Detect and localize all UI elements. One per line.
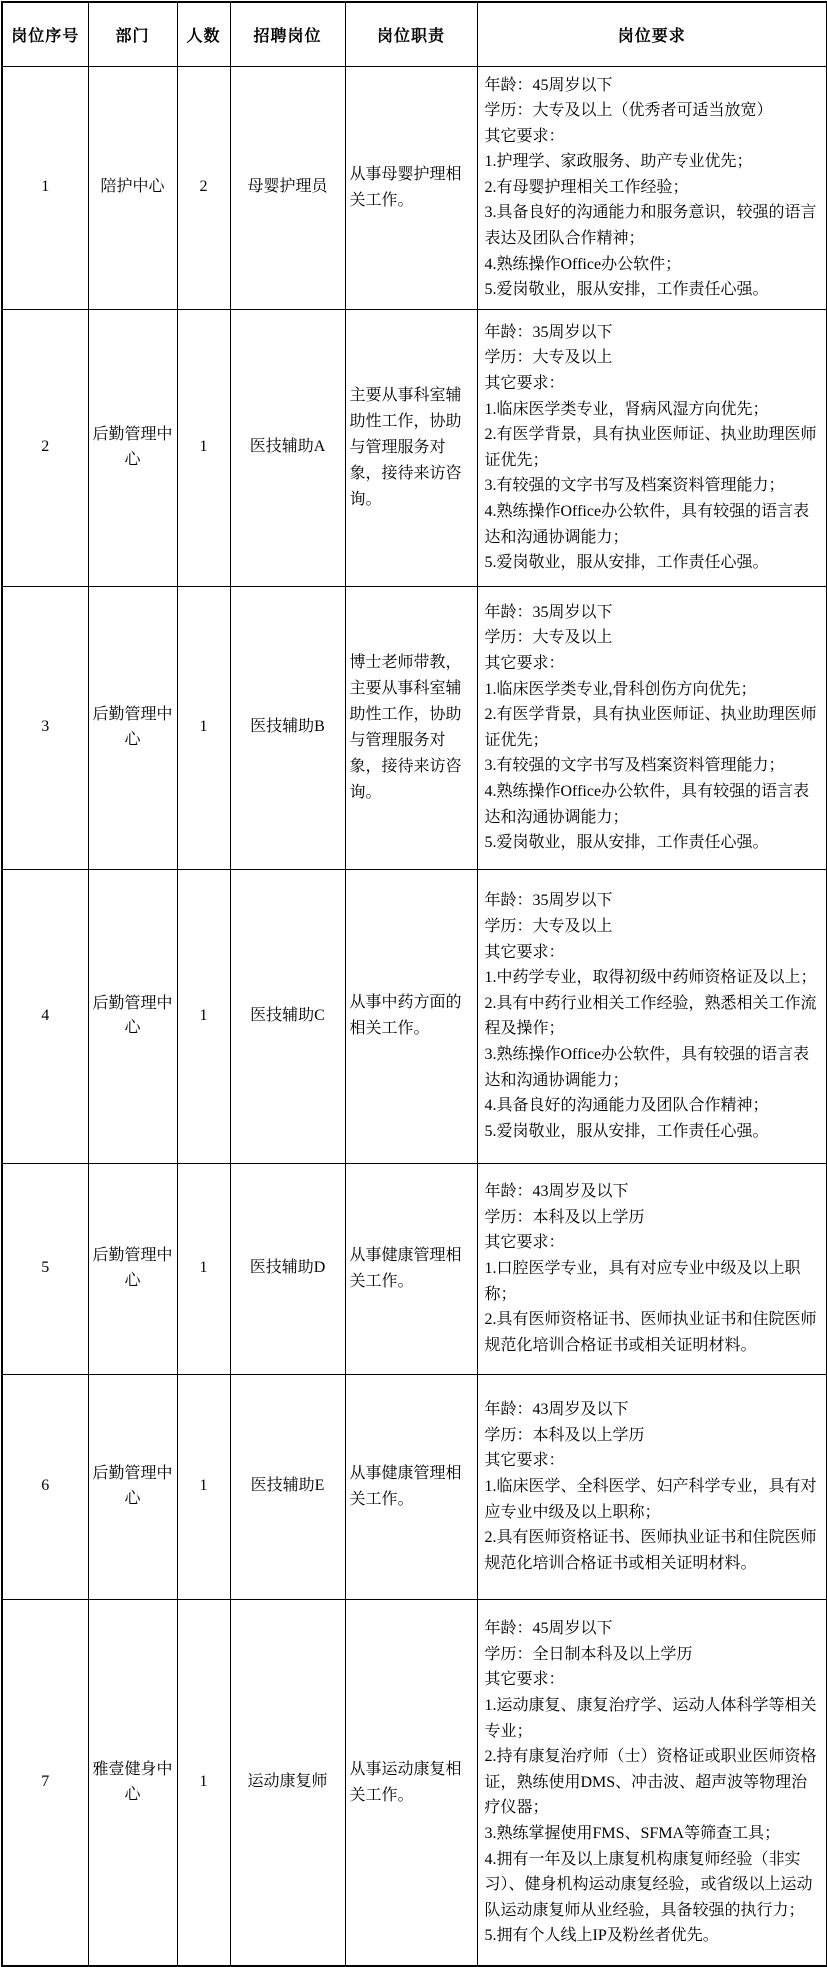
cell-count: 1 — [177, 1163, 230, 1374]
cell-position: 医技辅助C — [230, 869, 345, 1163]
header-row: 岗位序号 部门 人数 招聘岗位 岗位职责 岗位要求 — [2, 2, 827, 66]
cell-seq: 1 — [2, 66, 88, 309]
cell-dept: 陪护中心 — [88, 66, 177, 309]
cell-requirements: 年龄：35周岁以下 学历：大专及以上 其它要求： 1.临床医学类专业，肾病风湿方… — [477, 309, 827, 586]
cell-seq: 5 — [2, 1163, 88, 1374]
table-row: 6 后勤管理中心 1 医技辅助E 从事健康管理相关工作。 年龄：43周岁及以下 … — [2, 1374, 827, 1599]
cell-duty: 主要从事科室辅助性工作，协助与管理服务对象，接待来访咨询。 — [345, 309, 477, 586]
cell-seq: 6 — [2, 1374, 88, 1599]
cell-dept: 后勤管理中心 — [88, 1163, 177, 1374]
cell-count: 1 — [177, 1374, 230, 1599]
cell-position: 医技辅助E — [230, 1374, 345, 1599]
cell-requirements: 年龄：43周岁及以下 学历：本科及以上学历 其它要求： 1.临床医学、全科医学、… — [477, 1374, 827, 1599]
cell-position: 医技辅助B — [230, 586, 345, 869]
cell-count: 1 — [177, 309, 230, 586]
header-seq: 岗位序号 — [2, 2, 88, 66]
recruitment-table: 岗位序号 部门 人数 招聘岗位 岗位职责 岗位要求 1 陪护中心 2 母婴护理员… — [1, 1, 827, 1967]
cell-count: 1 — [177, 1599, 230, 1966]
cell-requirements: 年龄：45周岁以下 学历：大专及以上（优秀者可适当放宽） 其它要求： 1.护理学… — [477, 66, 827, 309]
cell-duty: 从事健康管理相关工作。 — [345, 1163, 477, 1374]
cell-duty: 从事中药方面的相关工作。 — [345, 869, 477, 1163]
cell-seq: 3 — [2, 586, 88, 869]
cell-count: 1 — [177, 869, 230, 1163]
cell-duty: 从事母婴护理相关工作。 — [345, 66, 477, 309]
cell-dept: 雅壹健身中心 — [88, 1599, 177, 1966]
cell-duty: 从事运动康复相关工作。 — [345, 1599, 477, 1966]
table-row: 2 后勤管理中心 1 医技辅助A 主要从事科室辅助性工作，协助与管理服务对象，接… — [2, 309, 827, 586]
cell-count: 2 — [177, 66, 230, 309]
table-row: 3 后勤管理中心 1 医技辅助B 博士老师带教，主要从事科室辅助性工作，协助与管… — [2, 586, 827, 869]
header-duty: 岗位职责 — [345, 2, 477, 66]
header-count: 人数 — [177, 2, 230, 66]
recruitment-page: 岗位序号 部门 人数 招聘岗位 岗位职责 岗位要求 1 陪护中心 2 母婴护理员… — [0, 0, 827, 1958]
cell-dept: 后勤管理中心 — [88, 1374, 177, 1599]
table-row: 1 陪护中心 2 母婴护理员 从事母婴护理相关工作。 年龄：45周岁以下 学历：… — [2, 66, 827, 309]
cell-dept: 后勤管理中心 — [88, 586, 177, 869]
cell-duty: 博士老师带教，主要从事科室辅助性工作，协助与管理服务对象，接待来访咨询。 — [345, 586, 477, 869]
cell-position: 母婴护理员 — [230, 66, 345, 309]
table-row: 7 雅壹健身中心 1 运动康复师 从事运动康复相关工作。 年龄：45周岁以下 学… — [2, 1599, 827, 1966]
cell-requirements: 年龄：35周岁以下 学历：大专及以上 其它要求： 1.临床医学类专业,骨科创伤方… — [477, 586, 827, 869]
cell-dept: 后勤管理中心 — [88, 309, 177, 586]
table-row: 4 后勤管理中心 1 医技辅助C 从事中药方面的相关工作。 年龄：35周岁以下 … — [2, 869, 827, 1163]
cell-count: 1 — [177, 586, 230, 869]
cell-position: 医技辅助A — [230, 309, 345, 586]
header-requirements: 岗位要求 — [477, 2, 827, 66]
cell-seq: 4 — [2, 869, 88, 1163]
cell-seq: 7 — [2, 1599, 88, 1966]
cell-dept: 后勤管理中心 — [88, 869, 177, 1163]
cell-requirements: 年龄：45周岁以下 学历：全日制本科及以上学历 其它要求： 1.运动康复、康复治… — [477, 1599, 827, 1966]
cell-position: 运动康复师 — [230, 1599, 345, 1966]
table-row: 5 后勤管理中心 1 医技辅助D 从事健康管理相关工作。 年龄：43周岁及以下 … — [2, 1163, 827, 1374]
cell-position: 医技辅助D — [230, 1163, 345, 1374]
header-position: 招聘岗位 — [230, 2, 345, 66]
header-dept: 部门 — [88, 2, 177, 66]
cell-requirements: 年龄：43周岁及以下 学历：本科及以上学历 其它要求： 1.口腔医学专业，具有对… — [477, 1163, 827, 1374]
cell-seq: 2 — [2, 309, 88, 586]
cell-requirements: 年龄：35周岁以下 学历：大专及以上 其它要求： 1.中药学专业，取得初级中药师… — [477, 869, 827, 1163]
cell-duty: 从事健康管理相关工作。 — [345, 1374, 477, 1599]
